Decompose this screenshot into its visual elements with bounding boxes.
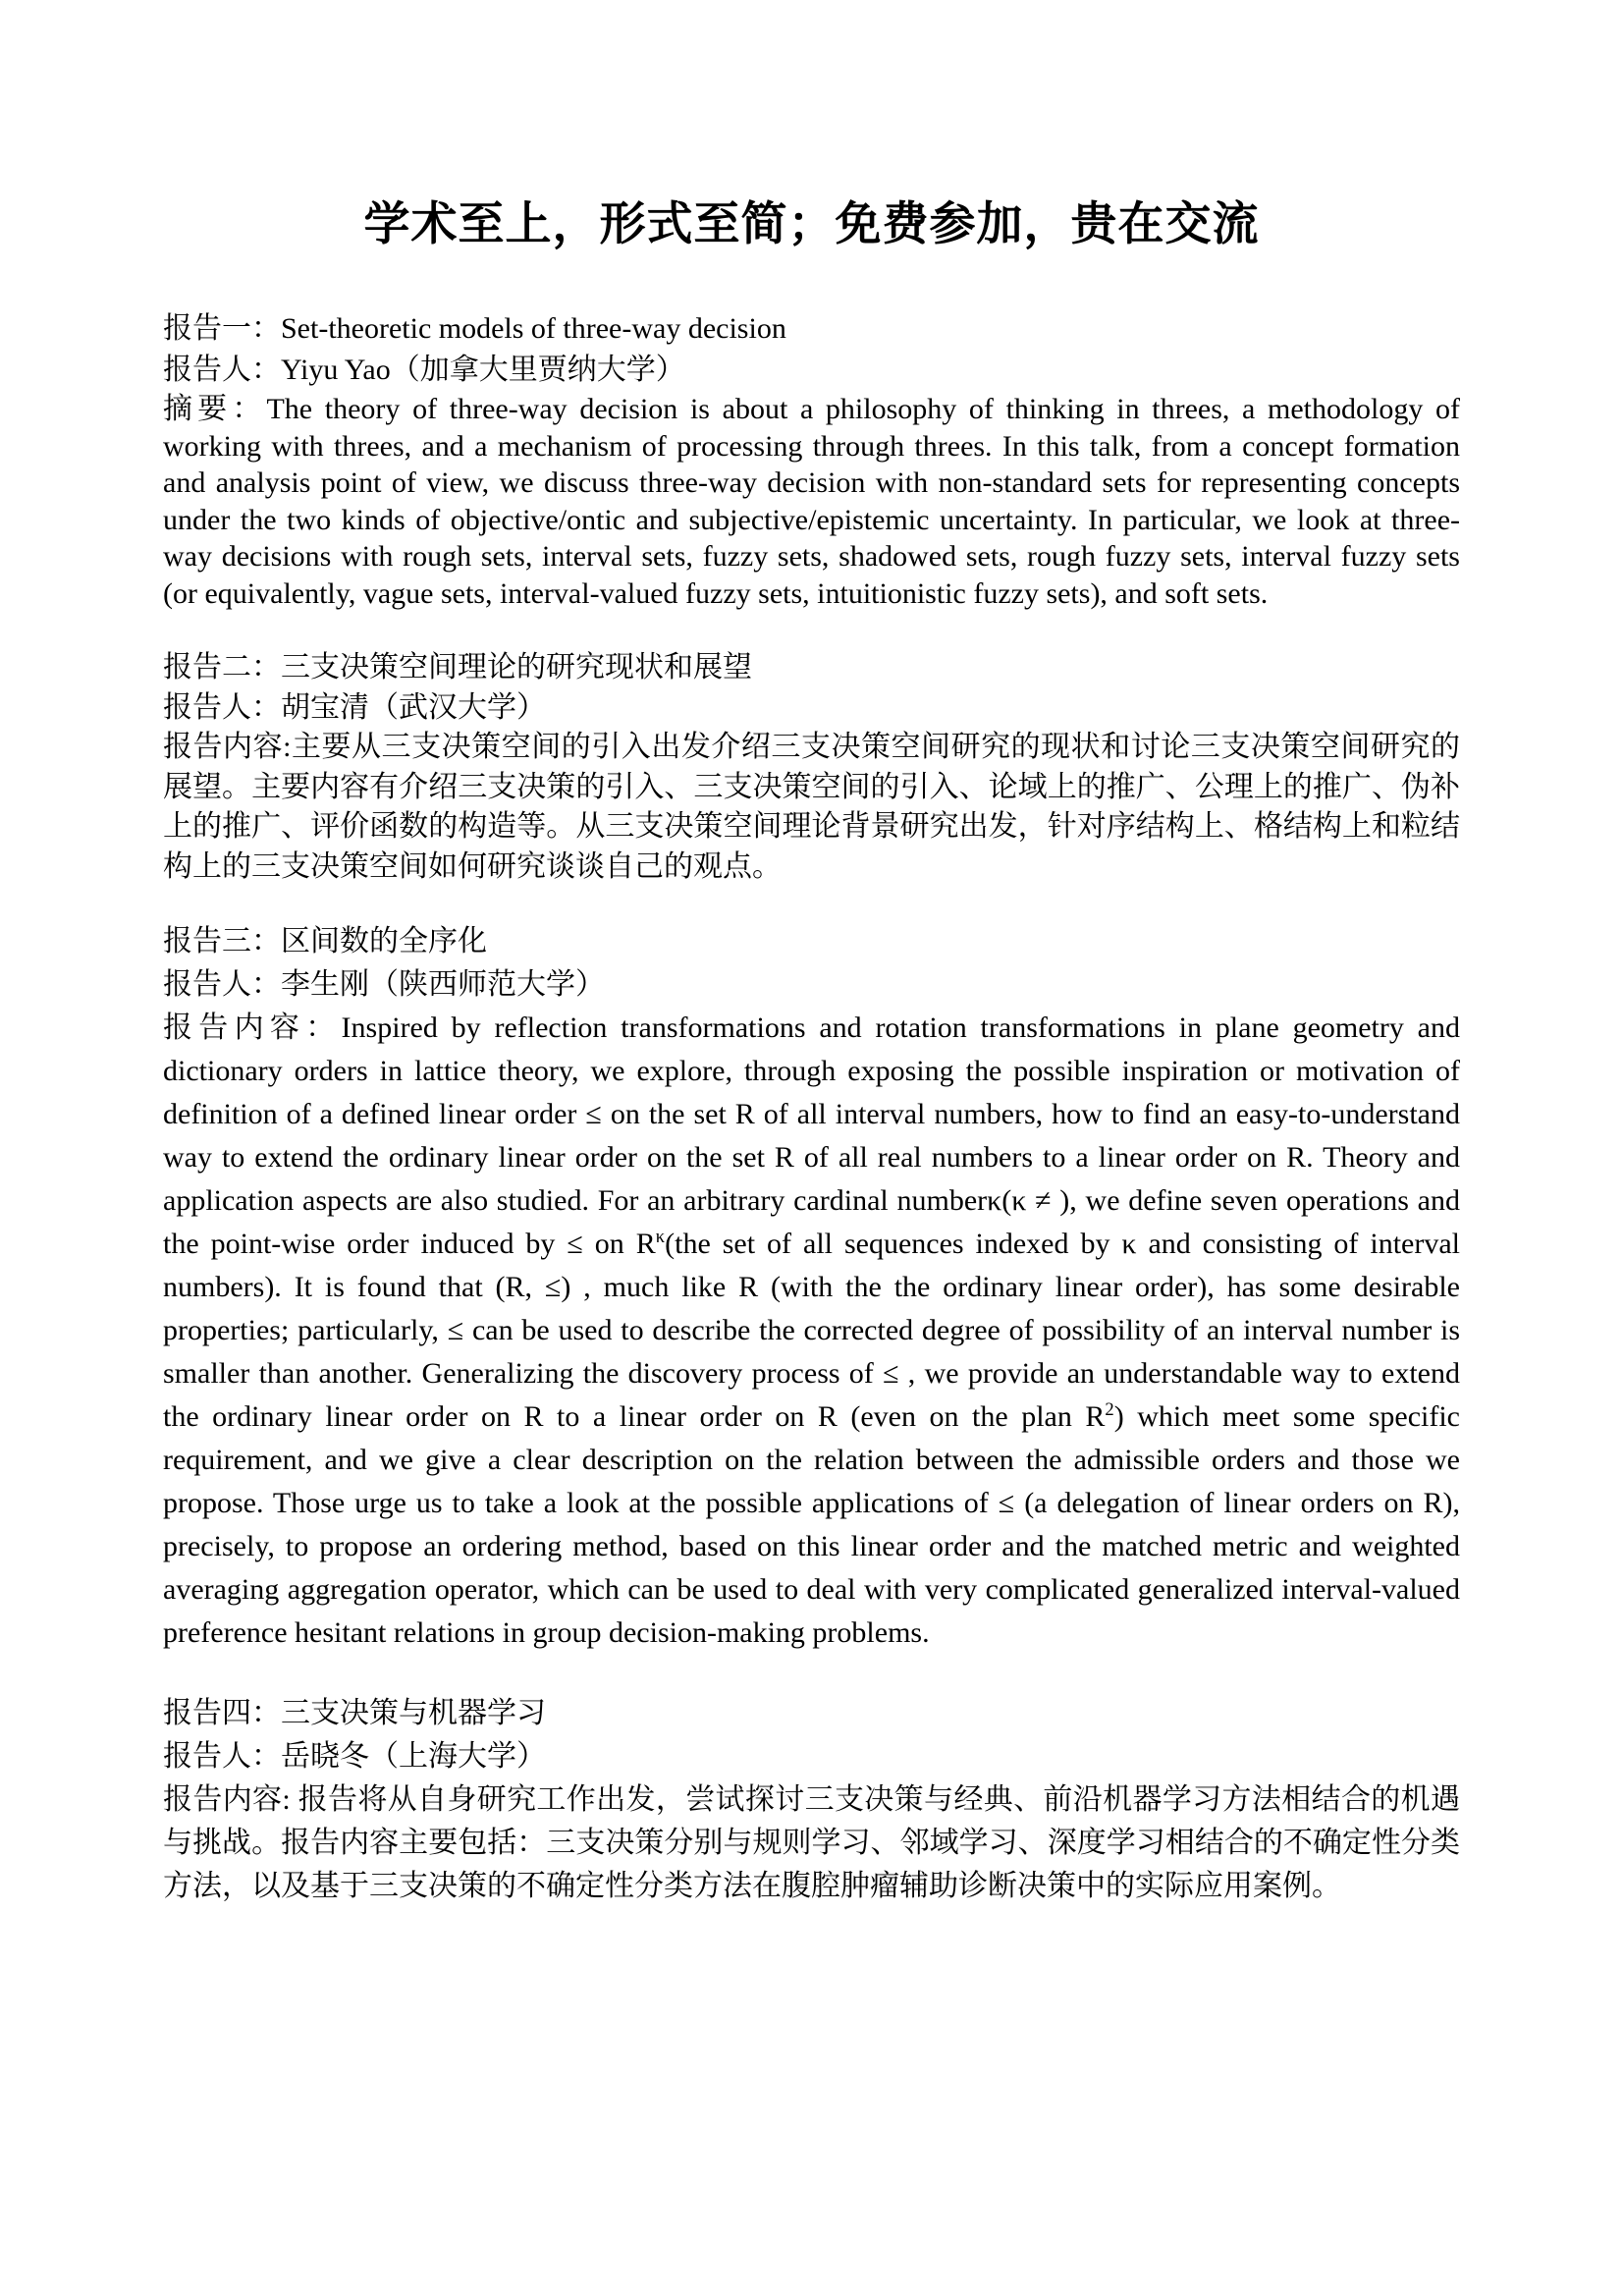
report-section-2: 报告二：三支决策空间理论的研究现状和展望 报告人：胡宝清（武汉大学） 报告内容:… bbox=[163, 647, 1460, 887]
abstract-text-part1: Inspired by reflection transformations a… bbox=[163, 1011, 1460, 1260]
report-title-line: 报告二：三支决策空间理论的研究现状和展望 bbox=[163, 647, 1460, 687]
abstract-label: 报告内容： bbox=[163, 1011, 342, 1044]
report-index-label: 报告二： bbox=[163, 651, 281, 683]
speaker-line: 报告人：岳晓冬（上海大学） bbox=[163, 1735, 1460, 1778]
abstract-text-part3: ) which meet some specific requirement, … bbox=[163, 1400, 1460, 1649]
speaker-name: Yiyu Yao（加拿大里贾纳大学） bbox=[281, 354, 685, 386]
report-section-4: 报告四：三支决策与机器学习 报告人：岳晓冬（上海大学） 报告内容: 报告将从自身… bbox=[163, 1692, 1460, 1908]
speaker-name: 李生刚（陕西师范大学） bbox=[281, 968, 605, 1001]
superscript-two: 2 bbox=[1105, 1399, 1113, 1420]
speaker-line: 报告人：胡宝清（武汉大学） bbox=[163, 687, 1460, 728]
superscript-kappa: κ bbox=[656, 1227, 665, 1247]
abstract-paragraph: 摘要：The theory of three-way decision is a… bbox=[163, 391, 1460, 612]
talk-title: Set-theoretic models of three-way decisi… bbox=[281, 312, 786, 345]
speaker-name: 胡宝清（武汉大学） bbox=[281, 691, 546, 724]
speaker-line: 报告人：Yiyu Yao（加拿大里贾纳大学） bbox=[163, 350, 1460, 391]
report-section-3: 报告三：区间数的全序化 报告人：李生刚（陕西师范大学） 报告内容：Inspire… bbox=[163, 920, 1460, 1655]
document-page: 学术至上，形式至简；免费参加，贵在交流 报告一：Set-theoretic mo… bbox=[0, 0, 1623, 2296]
report-title-line: 报告一：Set-theoretic models of three-way de… bbox=[163, 308, 1460, 350]
speaker-name: 岳晓冬（上海大学） bbox=[281, 1740, 546, 1773]
talk-title: 三支决策与机器学习 bbox=[281, 1697, 546, 1729]
speaker-label: 报告人： bbox=[163, 354, 281, 386]
report-index-label: 报告四： bbox=[163, 1697, 281, 1729]
report-title-line: 报告三：区间数的全序化 bbox=[163, 920, 1460, 963]
abstract-text: 主要从三支决策空间的引入出发介绍三支决策空间研究的现状和讨论三支决策空间研究的展… bbox=[163, 731, 1460, 883]
abstract-paragraph: 报告内容: 报告将从自身研究工作出发，尝试探讨三支决策与经典、前沿机器学习方法相… bbox=[163, 1778, 1460, 1908]
speaker-line: 报告人：李生刚（陕西师范大学） bbox=[163, 963, 1460, 1007]
talk-title: 三支决策空间理论的研究现状和展望 bbox=[281, 651, 752, 683]
abstract-text: 报告将从自身研究工作出发，尝试探讨三支决策与经典、前沿机器学习方法相结合的机遇与… bbox=[163, 1783, 1460, 1902]
abstract-label: 摘要： bbox=[163, 393, 266, 425]
speaker-label: 报告人： bbox=[163, 691, 281, 724]
report-title-line: 报告四：三支决策与机器学习 bbox=[163, 1692, 1460, 1735]
speaker-label: 报告人： bbox=[163, 968, 281, 1001]
page-title: 学术至上，形式至简；免费参加，贵在交流 bbox=[163, 194, 1460, 255]
abstract-paragraph: 报告内容:主要从三支决策空间的引入出发介绍三支决策空间研究的现状和讨论三支决策空… bbox=[163, 728, 1460, 887]
abstract-label: 报告内容: bbox=[163, 1783, 298, 1816]
talk-title: 区间数的全序化 bbox=[281, 925, 487, 957]
report-index-label: 报告三： bbox=[163, 925, 281, 957]
abstract-paragraph: 报告内容：Inspired by reflection transformati… bbox=[163, 1007, 1460, 1655]
report-index-label: 报告一： bbox=[163, 312, 281, 345]
report-section-1: 报告一：Set-theoretic models of three-way de… bbox=[163, 308, 1460, 612]
abstract-label: 报告内容: bbox=[163, 731, 291, 763]
speaker-label: 报告人： bbox=[163, 1740, 281, 1773]
abstract-text: The theory of three-way decision is abou… bbox=[163, 393, 1460, 610]
